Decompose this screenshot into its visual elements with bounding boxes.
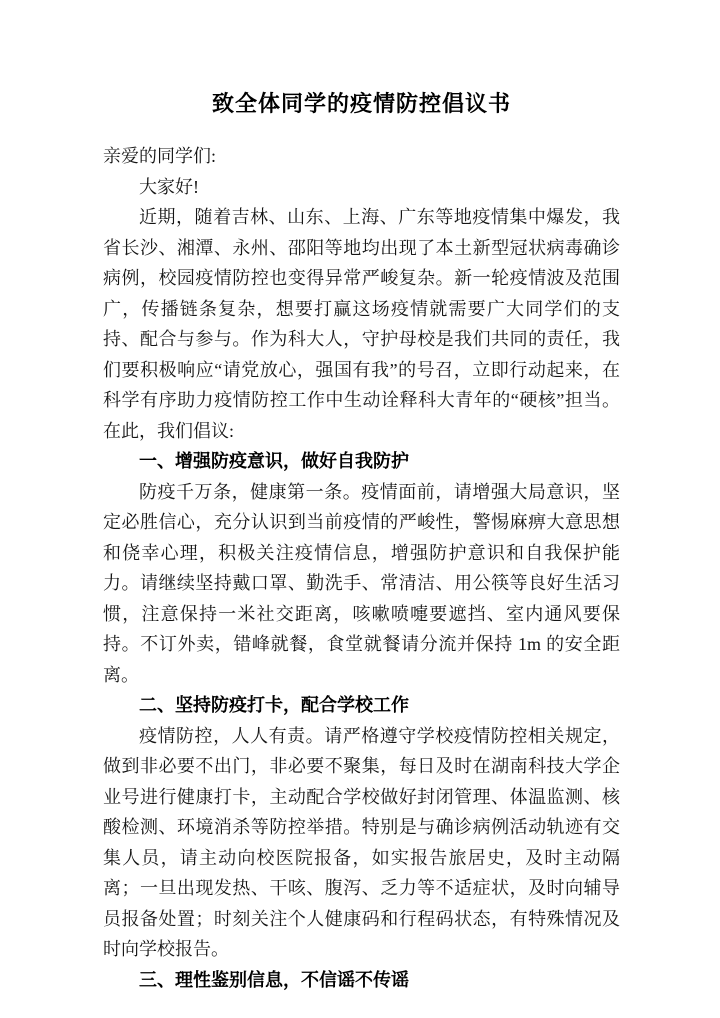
section-1-body: 防疫千万条，健康第一条。疫情面前，请增强大局意识，坚定必胜信心，充分认识到当前疫…: [103, 477, 620, 691]
section-2-heading: 二、坚持防疫打卡，配合学校工作: [103, 690, 620, 721]
section-1-heading: 一、增强防疫意识，做好自我防护: [103, 446, 620, 477]
salutation-line: 亲爱的同学们:: [103, 141, 620, 172]
greeting-line: 大家好!: [103, 172, 620, 203]
document-body: 亲爱的同学们: 大家好! 近期，随着吉林、山东、上海、广东等地疫情集中爆发，我省…: [103, 141, 620, 995]
document-page: 致全体同学的疫情防控倡议书 亲爱的同学们: 大家好! 近期，随着吉林、山东、上海…: [0, 0, 720, 1018]
document-title: 致全体同学的疫情防控倡议书: [103, 92, 620, 116]
section-3-heading: 三、理性鉴别信息，不信谣不传谣: [103, 965, 620, 996]
section-2-body: 疫情防控，人人有责。请严格遵守学校疫情防控相关规定，做到非必要不出门，非必要不聚…: [103, 721, 620, 965]
intro-paragraph: 近期，随着吉林、山东、上海、广东等地疫情集中爆发，我省长沙、湘潭、永州、邵阳等地…: [103, 202, 620, 446]
